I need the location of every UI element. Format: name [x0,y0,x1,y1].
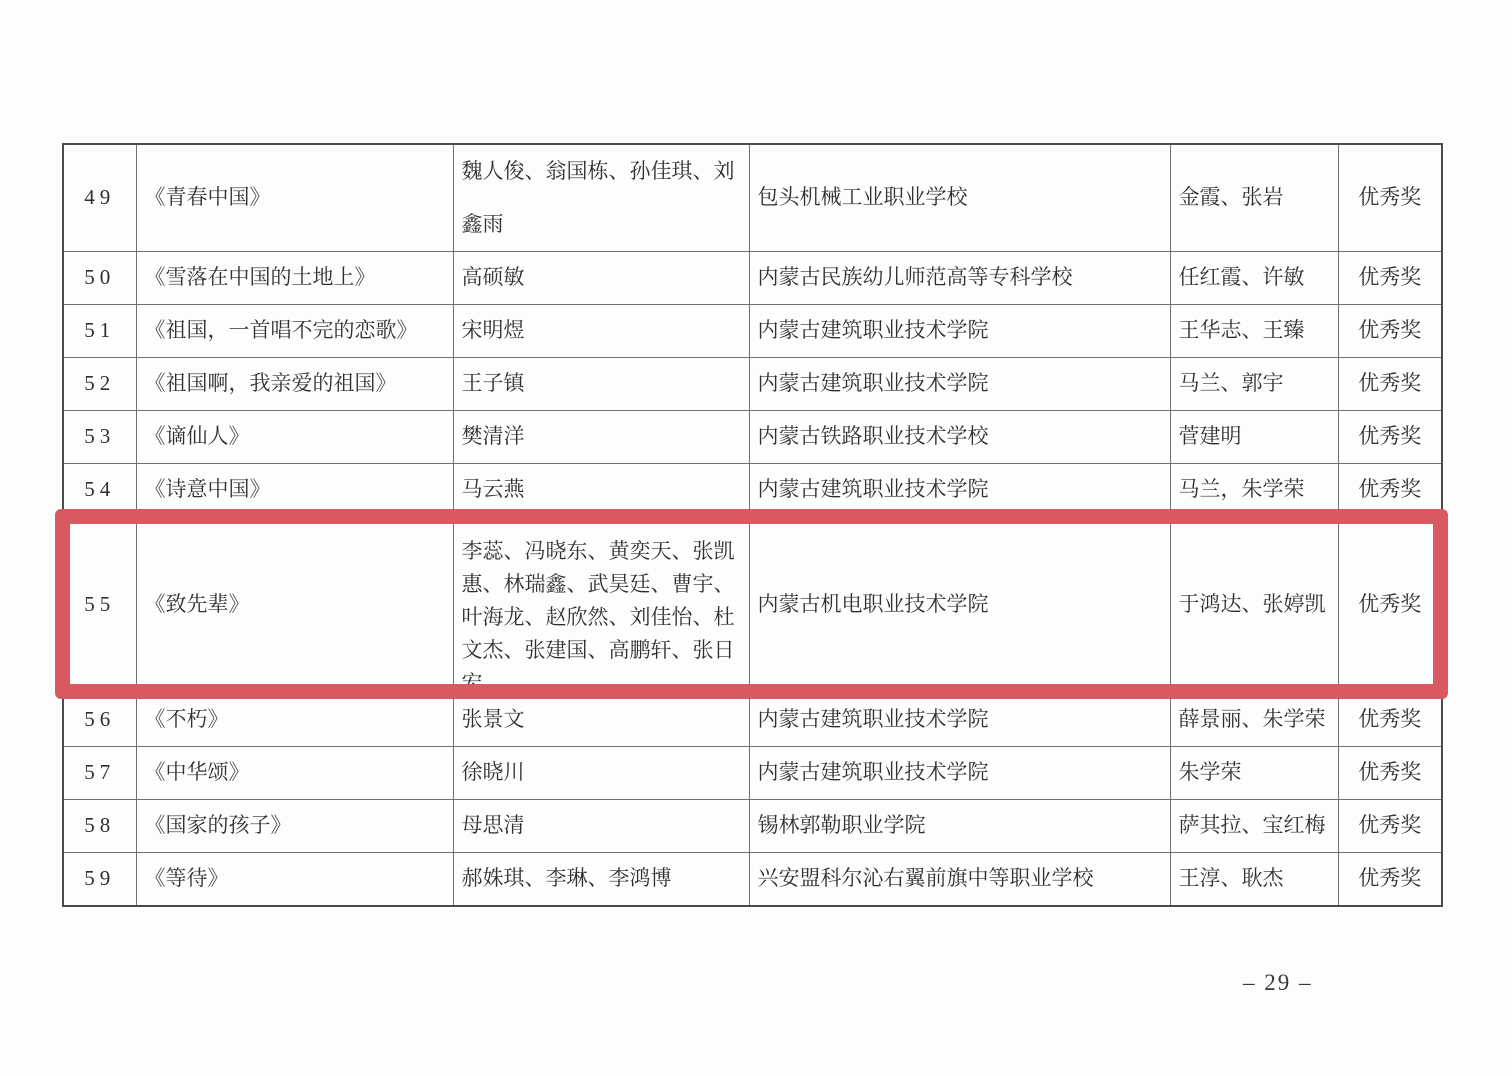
cell-title: 《雪落在中国的土地上》 [136,252,453,305]
table-row: 50 《雪落在中国的土地上》 高硕敏 内蒙古民族幼儿师范高等专科学校 任红霞、许… [63,252,1442,305]
performers-text: 郝姝琪、李琳、李鸿博 [462,863,741,895]
cell-performers: 李蕊、冯晓东、黄奕天、张凯惠、林瑞鑫、武昊廷、曹宇、叶海龙、赵欣然、刘佳怡、杜文… [453,517,749,694]
cell-school: 内蒙古建筑职业技术学院 [749,464,1170,517]
cell-performers: 马云燕 [453,464,749,517]
cell-school: 包头机械工业职业学校 [749,144,1170,252]
cell-award: 优秀奖 [1338,694,1442,747]
cell-performers: 母思清 [453,800,749,853]
award-table-body: 49 《青春中国》 魏人俊、翁国栋、孙佳琪、刘鑫雨 包头机械工业职业学校 金霞、… [63,144,1442,906]
cell-performers: 樊清洋 [453,411,749,464]
cell-instructors: 王淳、耿杰 [1170,853,1338,907]
cell-school: 内蒙古建筑职业技术学院 [749,747,1170,800]
cell-award: 优秀奖 [1338,747,1442,800]
cell-number: 51 [63,305,136,358]
cell-number: 52 [63,358,136,411]
cell-number: 54 [63,464,136,517]
table-row: 59 《等待》 郝姝琪、李琳、李鸿博 兴安盟科尔沁右翼前旗中等职业学校 王淳、耿… [63,853,1442,907]
performers-text: 王子镇 [462,368,741,400]
cell-title: 《等待》 [136,853,453,907]
cell-title: 《祖国啊，我亲爱的祖国》 [136,358,453,411]
cell-number: 57 [63,747,136,800]
cell-award: 优秀奖 [1338,144,1442,252]
cell-title: 《不朽》 [136,694,453,747]
cell-school: 兴安盟科尔沁右翼前旗中等职业学校 [749,853,1170,907]
table-row: 56 《不朽》 张景文 内蒙古建筑职业技术学院 薛景丽、朱学荣 优秀奖 [63,694,1442,747]
table-row: 57 《中华颂》 徐晓川 内蒙古建筑职业技术学院 朱学荣 优秀奖 [63,747,1442,800]
table-row: 54 《诗意中国》 马云燕 内蒙古建筑职业技术学院 马兰，朱学荣 优秀奖 [63,464,1442,517]
cell-school: 内蒙古机电职业技术学院 [749,517,1170,694]
cell-title: 《诗意中国》 [136,464,453,517]
cell-number: 53 [63,411,136,464]
document-page: 49 《青春中国》 魏人俊、翁国栋、孙佳琪、刘鑫雨 包头机械工业职业学校 金霞、… [0,0,1512,1076]
performers-text: 母思清 [462,810,741,842]
cell-instructors: 任红霞、许敏 [1170,252,1338,305]
cell-number: 50 [63,252,136,305]
cell-school: 内蒙古民族幼儿师范高等专科学校 [749,252,1170,305]
cell-school: 内蒙古建筑职业技术学院 [749,305,1170,358]
cell-number: 55 [63,517,136,694]
cell-number: 49 [63,144,136,252]
cell-award: 优秀奖 [1338,800,1442,853]
performers-text: 徐晓川 [462,757,741,789]
performers-text: 李蕊、冯晓东、黄奕天、张凯惠、林瑞鑫、武昊廷、曹宇、叶海龙、赵欣然、刘佳怡、杜文… [462,517,741,693]
cell-title: 《国家的孩子》 [136,800,453,853]
table-row: 52 《祖国啊，我亲爱的祖国》 王子镇 内蒙古建筑职业技术学院 马兰、郭宇 优秀… [63,358,1442,411]
cell-number: 56 [63,694,136,747]
performers-text: 宋明煜 [462,315,741,347]
cell-instructors: 菅建明 [1170,411,1338,464]
cell-performers: 徐晓川 [453,747,749,800]
cell-performers: 王子镇 [453,358,749,411]
cell-award: 优秀奖 [1338,517,1442,694]
page-number: – 29 – [1243,970,1313,996]
award-table: 49 《青春中国》 魏人俊、翁国栋、孙佳琪、刘鑫雨 包头机械工业职业学校 金霞、… [62,143,1443,907]
cell-performers: 郝姝琪、李琳、李鸿博 [453,853,749,907]
performers-text: 魏人俊、翁国栋、孙佳琪、刘鑫雨 [462,145,741,251]
cell-performers: 张景文 [453,694,749,747]
performers-text: 樊清洋 [462,421,741,453]
cell-number: 59 [63,853,136,907]
cell-instructors: 朱学荣 [1170,747,1338,800]
performers-text: 高硕敏 [462,262,741,294]
cell-title: 《中华颂》 [136,747,453,800]
table-row: 53 《谪仙人》 樊清洋 内蒙古铁路职业技术学校 菅建明 优秀奖 [63,411,1442,464]
cell-award: 优秀奖 [1338,305,1442,358]
performers-text: 张景文 [462,704,741,736]
cell-award: 优秀奖 [1338,252,1442,305]
table-row: 55 《致先辈》 李蕊、冯晓东、黄奕天、张凯惠、林瑞鑫、武昊廷、曹宇、叶海龙、赵… [63,517,1442,694]
cell-instructors: 马兰，朱学荣 [1170,464,1338,517]
cell-instructors: 萨其拉、宝红梅 [1170,800,1338,853]
cell-title: 《致先辈》 [136,517,453,694]
cell-performers: 魏人俊、翁国栋、孙佳琪、刘鑫雨 [453,144,749,252]
cell-school: 内蒙古铁路职业技术学校 [749,411,1170,464]
cell-instructors: 金霞、张岩 [1170,144,1338,252]
performers-text: 马云燕 [462,474,741,506]
cell-number: 58 [63,800,136,853]
cell-performers: 高硕敏 [453,252,749,305]
cell-title: 《青春中国》 [136,144,453,252]
cell-instructors: 于鸿达、张婷凯 [1170,517,1338,694]
cell-title: 《谪仙人》 [136,411,453,464]
table-row: 51 《祖国，一首唱不完的恋歌》 宋明煜 内蒙古建筑职业技术学院 王华志、王臻 … [63,305,1442,358]
cell-award: 优秀奖 [1338,411,1442,464]
cell-award: 优秀奖 [1338,853,1442,907]
cell-instructors: 薛景丽、朱学荣 [1170,694,1338,747]
cell-award: 优秀奖 [1338,464,1442,517]
cell-award: 优秀奖 [1338,358,1442,411]
cell-school: 内蒙古建筑职业技术学院 [749,358,1170,411]
table-row: 58 《国家的孩子》 母思清 锡林郭勒职业学院 萨其拉、宝红梅 优秀奖 [63,800,1442,853]
cell-title: 《祖国，一首唱不完的恋歌》 [136,305,453,358]
cell-instructors: 王华志、王臻 [1170,305,1338,358]
table-row: 49 《青春中国》 魏人俊、翁国栋、孙佳琪、刘鑫雨 包头机械工业职业学校 金霞、… [63,144,1442,252]
cell-school: 内蒙古建筑职业技术学院 [749,694,1170,747]
cell-performers: 宋明煜 [453,305,749,358]
cell-school: 锡林郭勒职业学院 [749,800,1170,853]
cell-instructors: 马兰、郭宇 [1170,358,1338,411]
